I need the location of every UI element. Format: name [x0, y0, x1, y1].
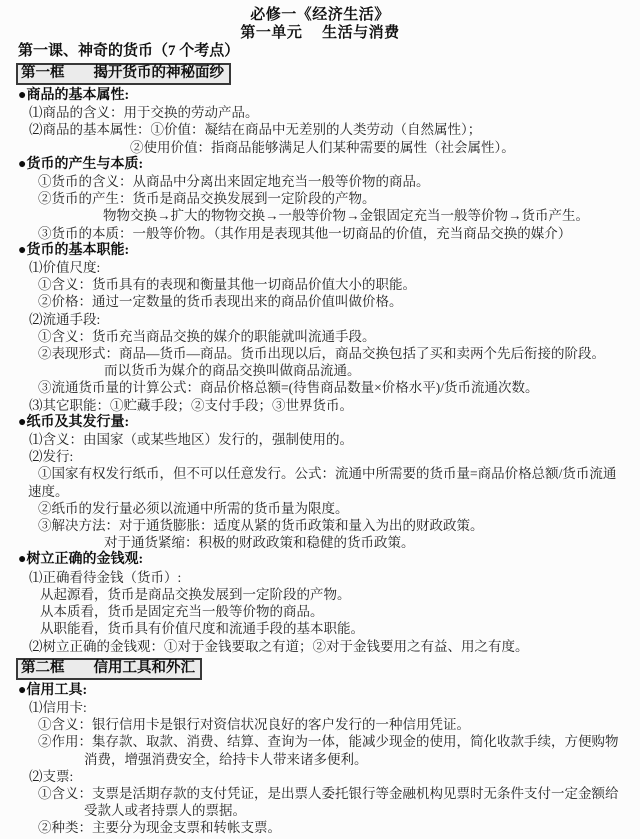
text-line: 对于通货紧缩：积极的财政政策和稳健的货币政策。: [0, 534, 640, 551]
text-line: ①含义：支票是活期存款的支付凭证，是出票人委托银行等金融机构见票时无条件支付一定…: [0, 785, 640, 802]
document-title: 必修一《经济生活》: [0, 6, 640, 24]
text-line: ⑴信用卡:: [0, 699, 640, 716]
text-line: 消费，增强消费安全，给持卡人带来诸多便利。: [0, 751, 640, 768]
text-line: ①货币的含义：从商品中分离出来固定地充当一般等价物的商品。: [0, 173, 640, 190]
text-line: ⑵树立正确的金钱观：①对于金钱要取之有道；②对于金钱要用之有益、用之有度。: [0, 638, 640, 655]
text-line: ⑴商品的含义：用于交换的劳动产品。: [0, 104, 640, 121]
text-line: ③流通货币量的计算公式：商品价格总额=(待售商品数量×价格水平)/货币流通次数。: [0, 379, 640, 396]
text-line: ⑶其它职能：①贮藏手段；②支付手段；③世界货币。: [0, 397, 640, 414]
frame-heading-box: 第二框 信用工具和外汇: [16, 658, 202, 680]
text-line: ⑴正确看待金钱（货币）:: [0, 569, 640, 586]
text-line: ②纸币的发行量必须以流通中所需的货币量为限度。: [0, 500, 640, 517]
text-line: ①含义：银行信用卡是银行对资信状况良好的客户发行的一种信用凭证。: [0, 716, 640, 733]
section-heading: ●货币的基本职能:: [0, 242, 640, 259]
text-line: 从职能看，货币具有价值尺度和流通手段的基本职能。: [0, 620, 640, 637]
text-line: 速度。: [0, 483, 640, 500]
text-line: ⑴含义：由国家（或某些地区）发行的，强制使用的。: [0, 431, 640, 448]
text-line: ③解决方法：对于通货膨胀：适度从紧的货币政策和量入为出的财政政策。: [0, 517, 640, 534]
text-line: ①国家有权发行纸币，但不可以任意发行。公式：流通中所需要的货币量=商品价格总额/…: [0, 465, 640, 482]
text-line: 从本质看，货币是固定充当一般等价物的商品。: [0, 603, 640, 620]
section-heading: ●纸币及其发行量:: [0, 414, 640, 431]
section-heading: ●信用工具:: [0, 682, 640, 699]
text-line: ①含义：货币具有的表现和衡量其他一切商品价值大小的职能。: [0, 276, 640, 293]
section-heading: ●商品的基本属性:: [0, 87, 640, 104]
text-line: ③货币的本质：一般等价物。（其作用是表现其他一切商品的价值，充当商品交换的媒介）: [0, 225, 640, 242]
text-line: ②种类：主要分为现金支票和转帐支票。: [0, 819, 640, 836]
text-line: ②货币的产生：货币是商品交换发展到一定阶段的产物。: [0, 190, 640, 207]
study-notes-document: 必修一《经济生活》 第一单元 生活与消费 第一课、神奇的货币（7 个考点）第一框…: [0, 0, 640, 839]
text-line: 受款人或者持票人的票据。: [0, 802, 640, 819]
unit-heading: 第一单元 生活与消费: [0, 24, 640, 42]
text-line: ⑵商品的基本属性：①价值：凝结在商品中无差别的人类劳动（自然属性）；: [0, 121, 640, 138]
lesson-heading: 第一课、神奇的货币（7 个考点）: [0, 42, 640, 60]
text-line: ⑴价值尺度:: [0, 259, 640, 276]
text-line: ①含义：货币充当商品交换的媒介的职能就叫流通手段。: [0, 328, 640, 345]
text-line: ⑵流通手段:: [0, 311, 640, 328]
text-line: 从起源看，货币是商品交换发展到一定阶段的产物。: [0, 586, 640, 603]
frame-heading-box: 第一框 揭开货币的神秘面纱: [16, 63, 231, 85]
document-body: 第一课、神奇的货币（7 个考点）第一框 揭开货币的神秘面纱●商品的基本属性:⑴商…: [0, 42, 640, 837]
text-line: ②作用：集存款、取款、消费、结算、查询为一体，能减少现金的使用，简化收款手续，方…: [0, 733, 640, 750]
text-line: 而以货币为媒介的商品交换叫做商品流通。: [0, 362, 640, 379]
frame-heading: 第二框 信用工具和外汇: [0, 658, 640, 680]
text-line: ②表现形式：商品—货币—商品。货币出现以后，商品交换包括了买和卖两个先后衔接的阶…: [0, 345, 640, 362]
text-line: ⑵支票:: [0, 768, 640, 785]
text-line: ⑵发行:: [0, 448, 640, 465]
frame-heading: 第一框 揭开货币的神秘面纱: [0, 63, 640, 85]
section-heading: ●树立正确的金钱观:: [0, 551, 640, 568]
section-heading: ●货币的产生与本质:: [0, 156, 640, 173]
text-line: ②价格：通过一定数量的货币表现出来的商品价值叫做价格。: [0, 293, 640, 310]
text-line: ②使用价值：指商品能够满足人们某种需要的属性（社会属性）。: [0, 139, 640, 156]
text-line: 物物交换→扩大的物物交换→一般等价物→金银固定充当一般等价物→货币产生。: [0, 207, 640, 224]
